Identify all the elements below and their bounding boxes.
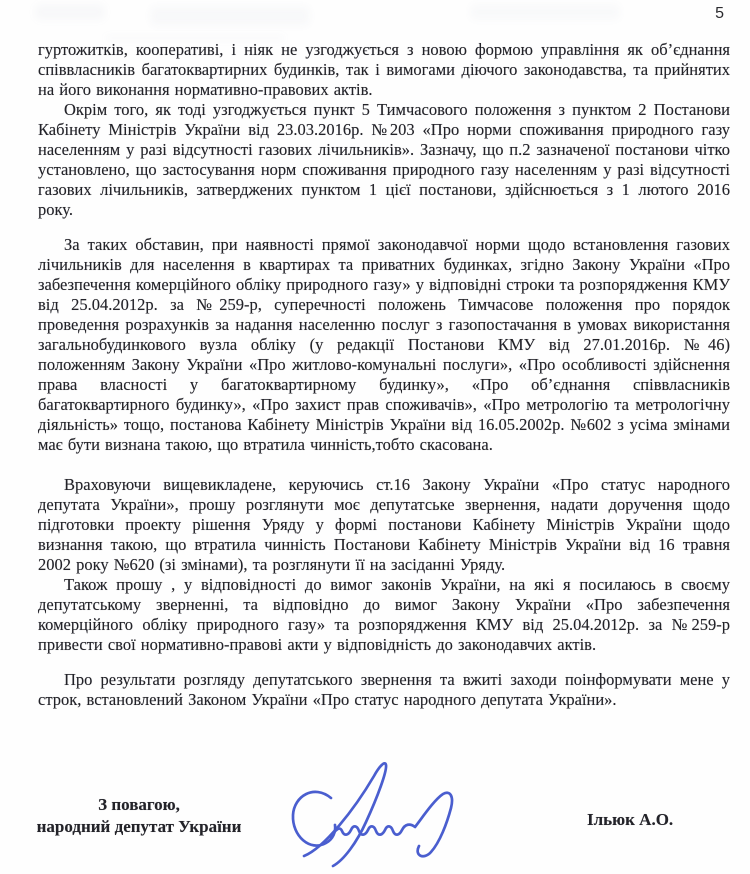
scan-artifact — [470, 4, 620, 20]
signer-name: Ільюк А.О. — [587, 810, 673, 830]
signature-stroke — [331, 793, 452, 856]
paragraph-pro-rezultaty: Про результати розгляду депутатського зв… — [38, 670, 730, 710]
paragraph-okrim-togo: Окрім того, як тоді узгоджується пункт 5… — [38, 100, 730, 220]
signature-ink-icon — [276, 751, 486, 873]
letter-body: гуртожитків, кооперативі, і ніяк не узго… — [38, 40, 730, 710]
closing-left: З повагою, народний депутат України — [30, 794, 248, 838]
closing-regards: З повагою, — [30, 794, 248, 816]
scan-artifact — [150, 6, 310, 26]
paragraph-za-takykh: За таких обставин, при наявності прямої … — [38, 235, 730, 455]
page-number: 5 — [715, 5, 724, 23]
signature-stroke — [304, 763, 386, 866]
document-page: 5 гуртожитків, кооперативі, і ніяк не уз… — [0, 0, 750, 874]
scan-artifact — [35, 4, 105, 20]
paragraph-takozh-proshu: Також прошу , у відповідності до вимог з… — [38, 575, 730, 655]
paragraph-vrakhovuyuchy: Враховуючи вищевикладене, керуючись ст.1… — [38, 475, 730, 575]
closing-title: народний депутат України — [30, 816, 248, 838]
paragraph-continuation: гуртожитків, кооперативі, і ніяк не узго… — [38, 40, 730, 100]
signature-block: З повагою, народний депутат України Ілью… — [0, 793, 750, 874]
